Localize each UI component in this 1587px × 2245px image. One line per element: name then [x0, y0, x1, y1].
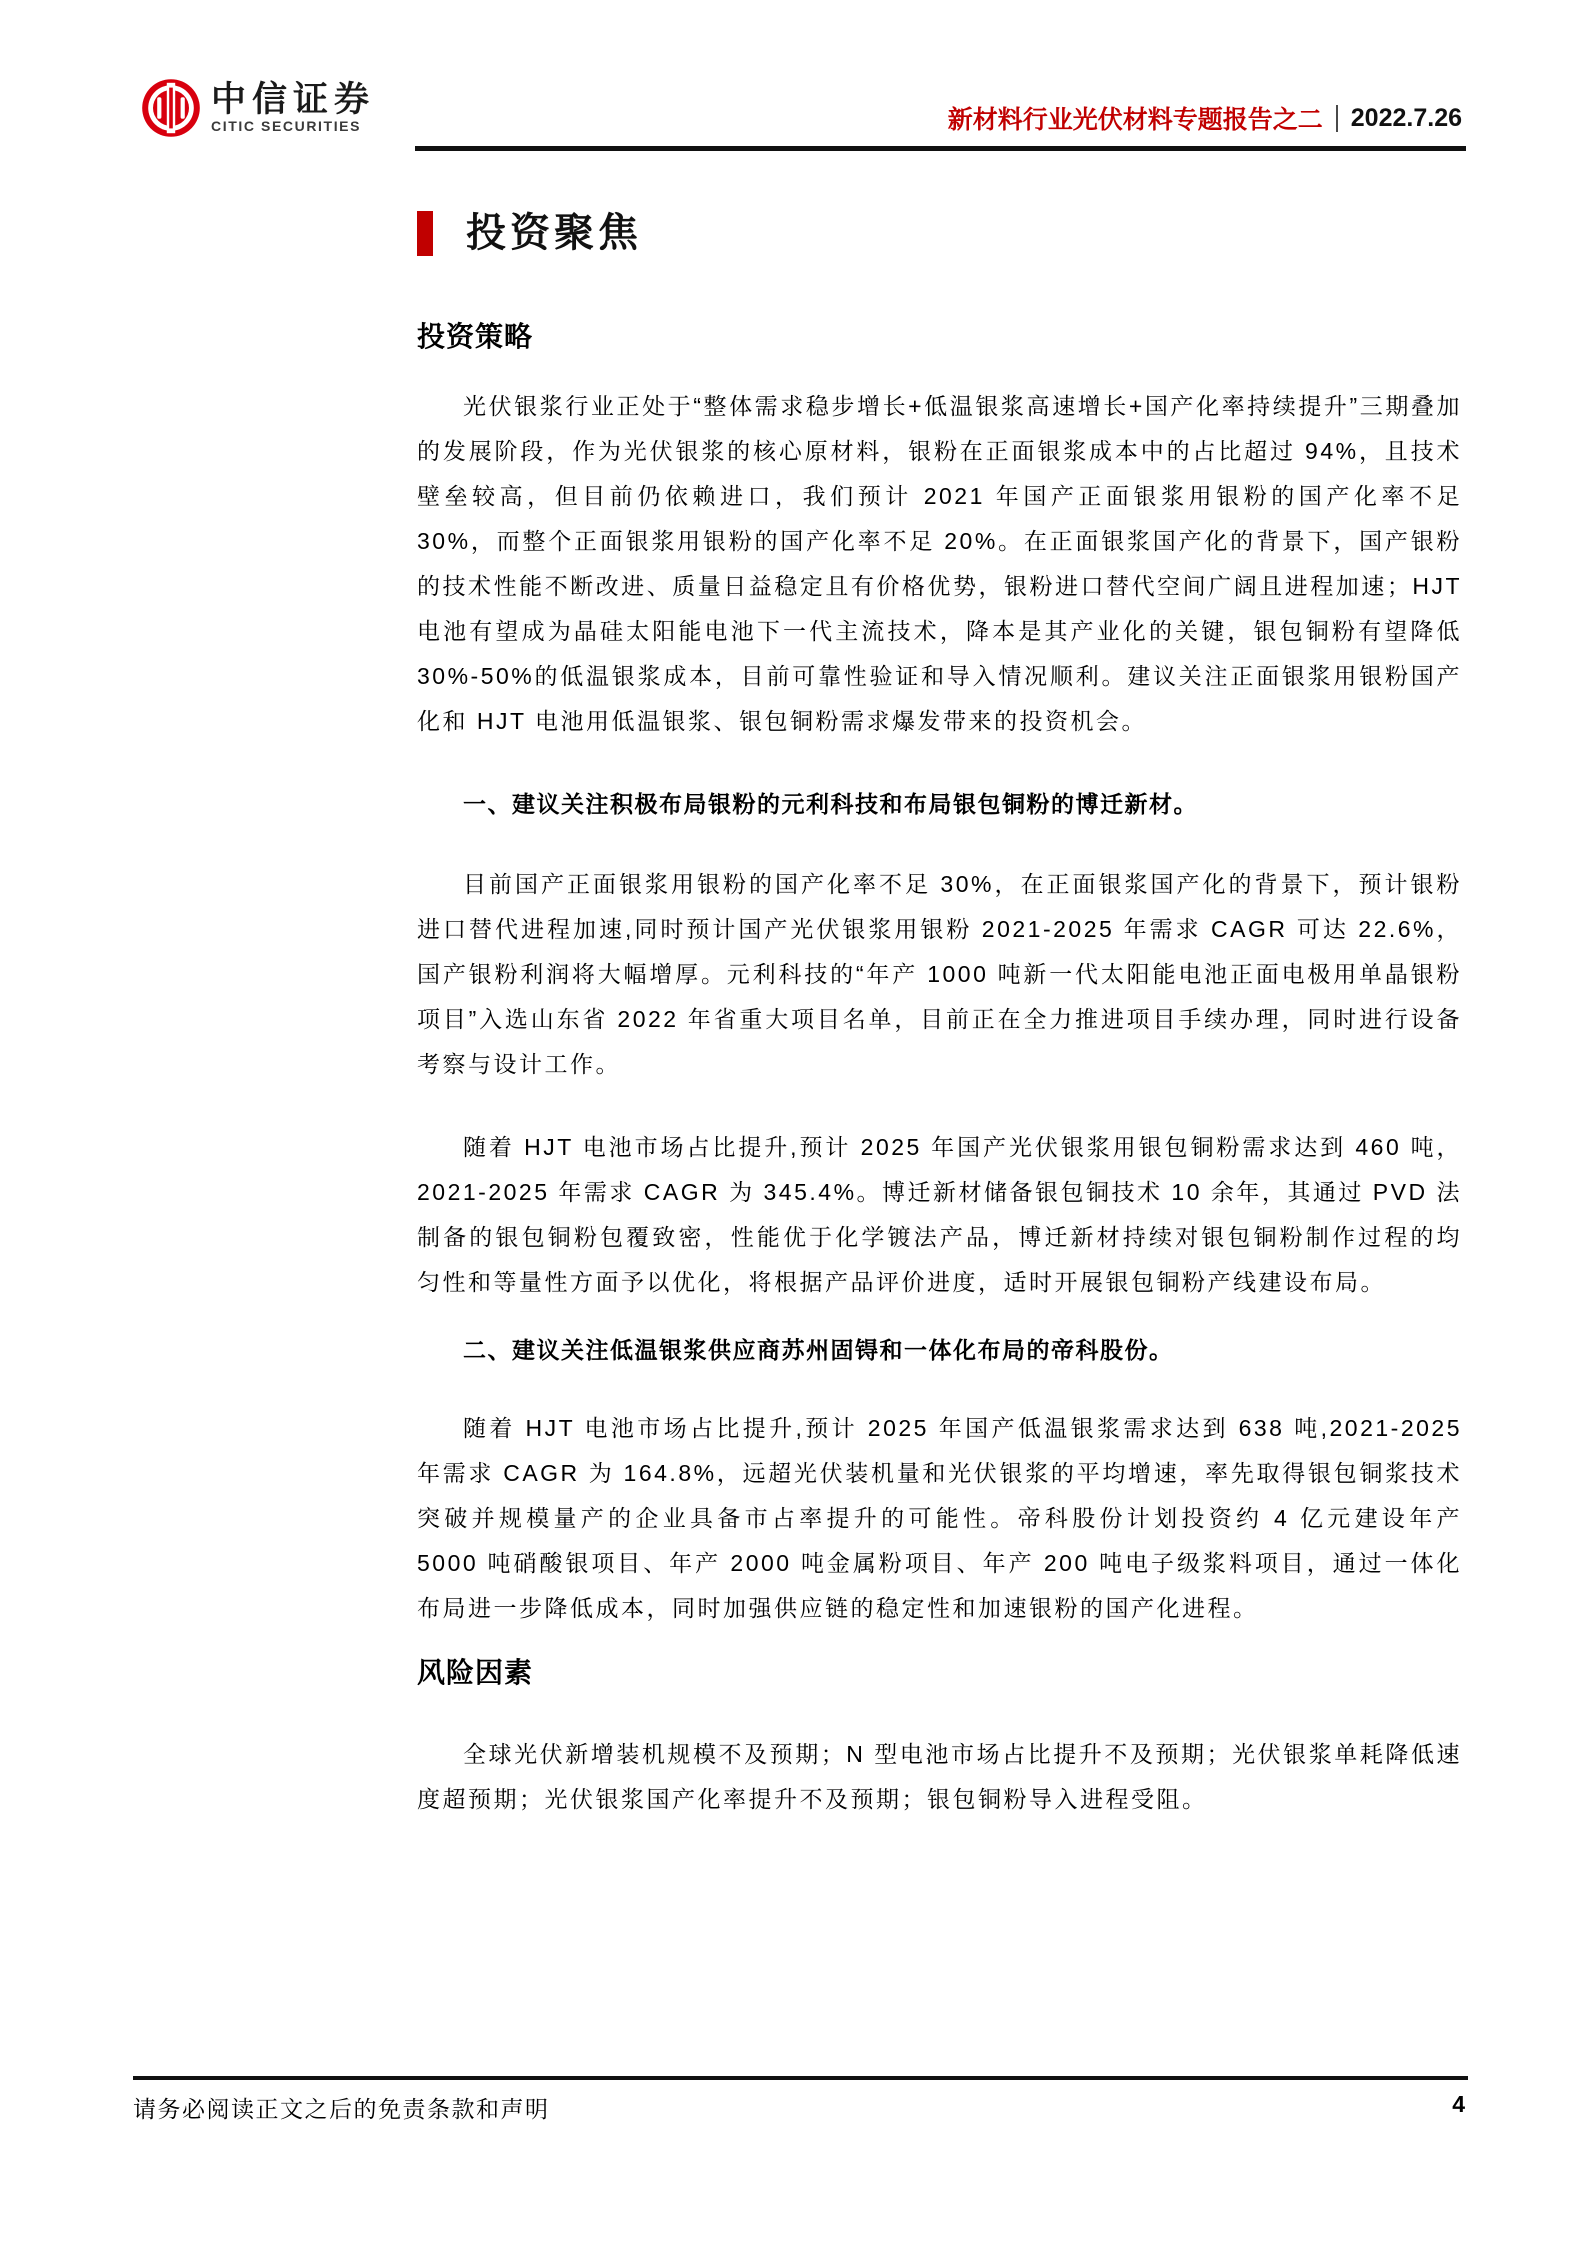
footer-disclaimer: 请务必阅读正文之后的免责条款和声明 [133, 2091, 550, 2124]
paragraph-strategy-overview: 光伏银浆行业正处于“整体需求稳步增长+低温银浆高速增长+国产化率持续提升”三期叠… [417, 384, 1462, 744]
section-heading-risk-factors: 风险因素 [417, 1656, 1462, 1690]
logo-text-cn: 中信证券 [211, 82, 375, 118]
title-accent-bar [417, 211, 433, 256]
doc-title-block: 投资聚焦 [417, 211, 642, 256]
citic-logo: 中信证券 CITIC SECURITIES [141, 78, 375, 138]
footer-rule [133, 2076, 1468, 2080]
paragraph-risk-factors: 全球光伏新增装机规模不及预期；N 型电池市场占比提升不及预期；光伏银浆单耗降低速… [417, 1732, 1462, 1822]
report-body: 投资策略 光伏银浆行业正处于“整体需求稳步增长+低温银浆高速增长+国产化率持续提… [417, 300, 1462, 1822]
paragraph-silver-coated-copper: 随着 HJT 电池市场占比提升,预计 2025 年国产光伏银浆用银包铜粉需求达到… [417, 1125, 1462, 1305]
page-title: 投资聚焦 [466, 211, 642, 256]
header-report-title: 新材料行业光伏材料专题报告之二 [948, 100, 1323, 136]
header-divider [1336, 105, 1338, 132]
paragraph-silver-powder: 目前国产正面银浆用银粉的国产化率不足 30%，在正面银浆国产化的背景下，预计银粉… [417, 862, 1462, 1087]
report-page: 中信证券 CITIC SECURITIES 新材料行业光伏材料专题报告之二 20… [0, 0, 1587, 2245]
header-meta: 新材料行业光伏材料专题报告之二 2022.7.26 [948, 100, 1462, 136]
header-date: 2022.7.26 [1351, 104, 1462, 133]
paragraph-low-temp-paste: 随着 HJT 电池市场占比提升,预计 2025 年国产低温银浆需求达到 638 … [417, 1406, 1462, 1631]
citic-emblem-icon [141, 78, 201, 138]
section-heading-investment-strategy: 投资策略 [417, 320, 1462, 354]
page-number: 4 [1452, 2091, 1465, 2118]
header-rule [415, 146, 1466, 151]
subsection-heading-1: 一、建议关注积极布局银粉的元利科技和布局银包铜粉的博迁新材。 [417, 789, 1462, 820]
subsection-heading-2: 二、建议关注低温银浆供应商苏州固锝和一体化布局的帝科股份。 [417, 1335, 1462, 1366]
logo-text-en: CITIC SECURITIES [211, 118, 375, 134]
